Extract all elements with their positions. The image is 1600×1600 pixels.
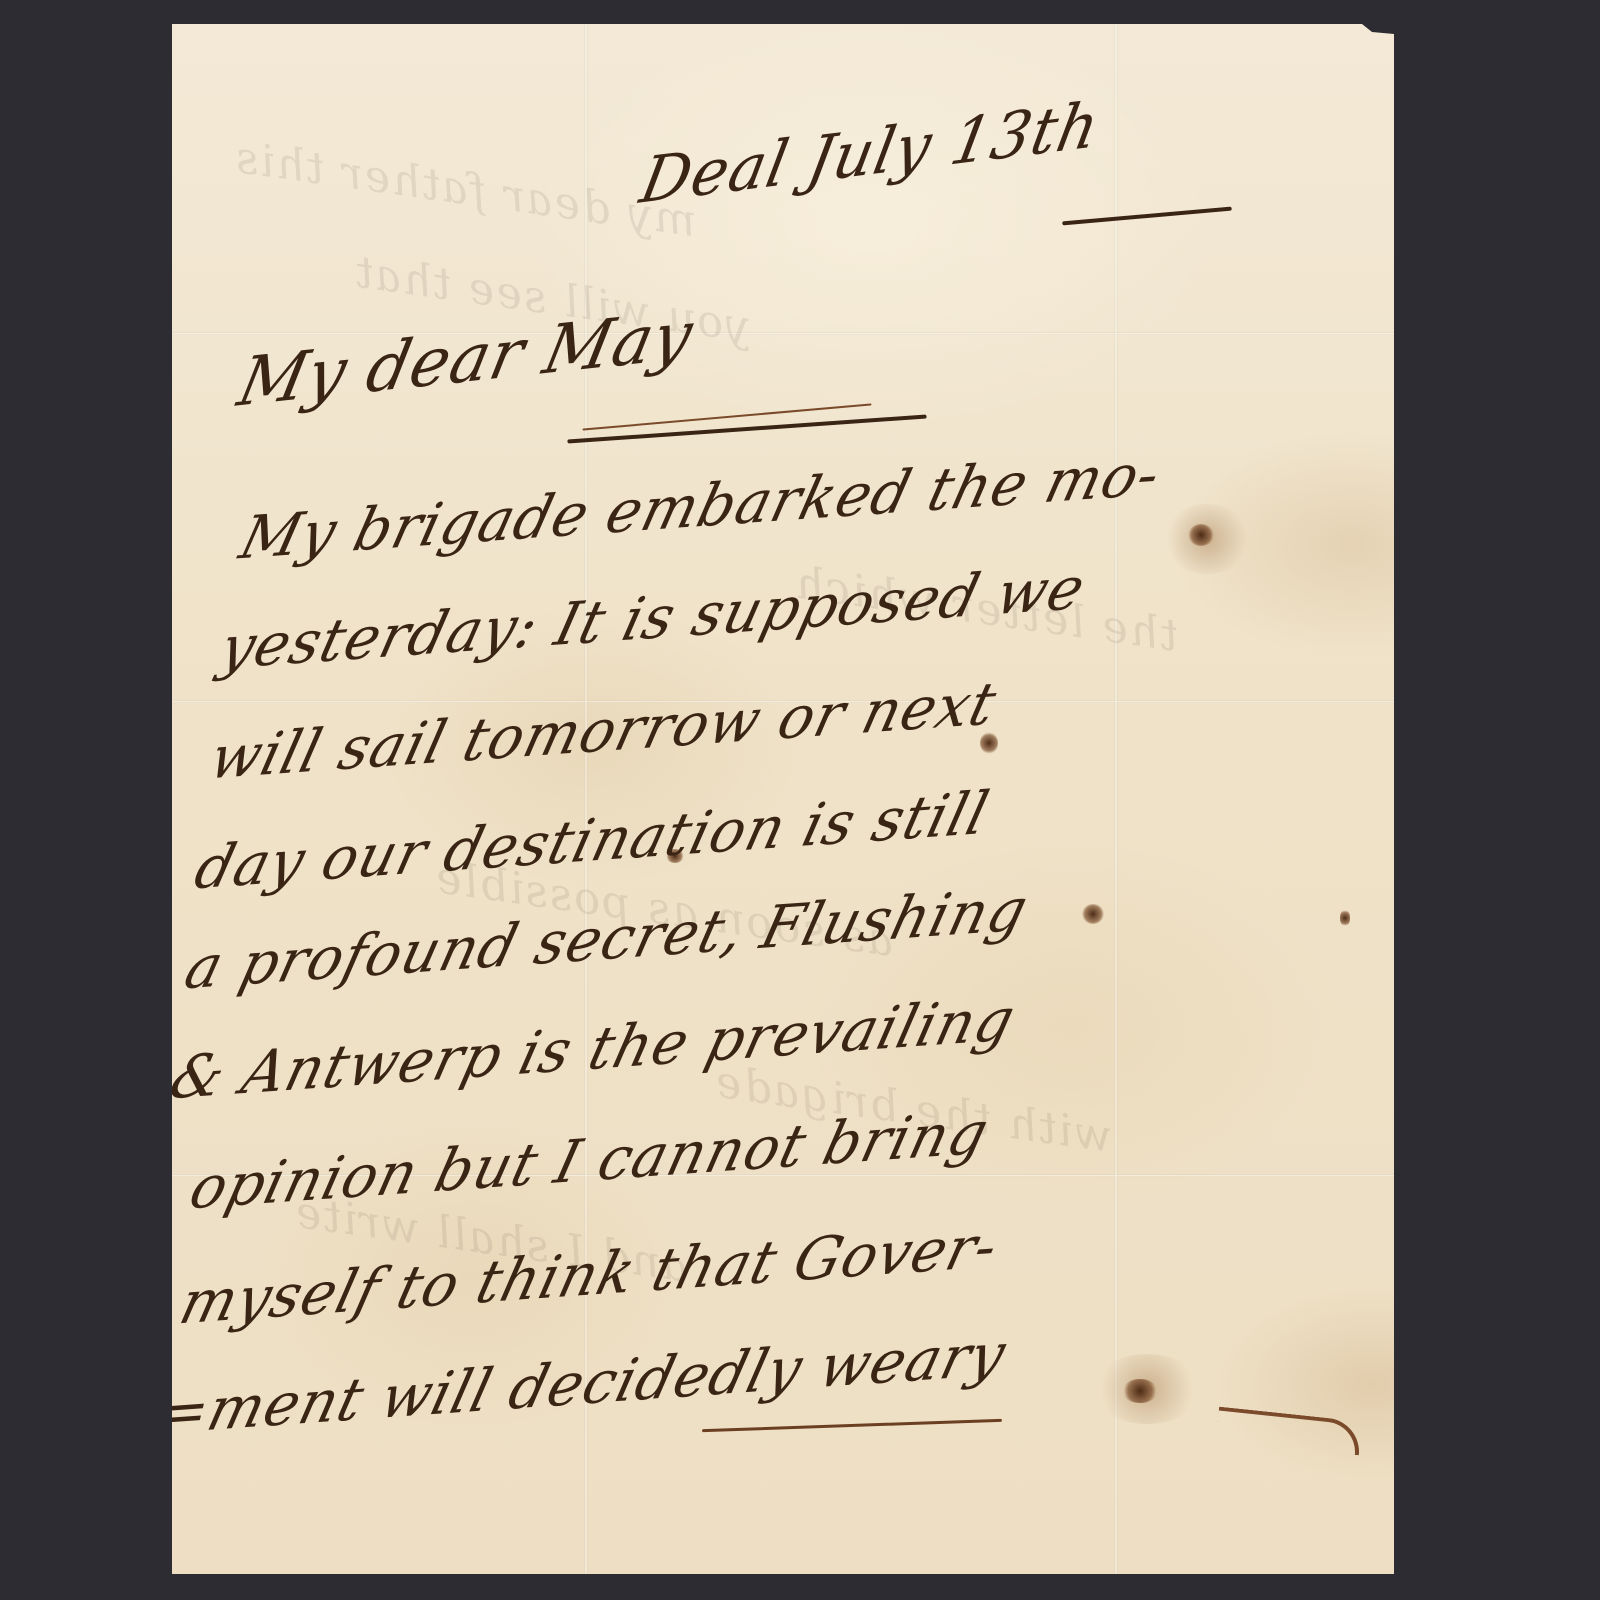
fold-line-vertical	[584, 24, 588, 1574]
letter-body-line: myself to think that Gover-	[173, 1211, 1005, 1337]
scan-background: my dear father this you will see that th…	[0, 0, 1600, 1600]
letter-page: my dear father this you will see that th…	[172, 24, 1394, 1574]
bleed-through-text: my dear father this	[231, 132, 700, 247]
word-underline	[702, 1419, 1002, 1432]
greeting-underline	[582, 403, 871, 430]
letter-body-line: opinion but I cannot bring	[183, 1098, 995, 1223]
letter-body-line: =ment will decidedly weary	[151, 1319, 1013, 1447]
letter-body-line: day our destination is still	[188, 778, 996, 903]
ink-blot	[1082, 904, 1104, 924]
fold-line-vertical	[1114, 24, 1118, 1574]
letter-body-line: My brigade embarked the mo-	[233, 439, 1167, 573]
ink-blot	[1340, 909, 1350, 927]
letter-greeting: My dear May	[232, 295, 701, 422]
date-underline	[1062, 207, 1232, 226]
ink-blot	[1188, 524, 1214, 546]
letter-body-line: yesterday: It is supposed we	[213, 553, 1092, 683]
greeting-underline	[567, 414, 926, 443]
letter-body-line: will sail tomorrow or next	[203, 669, 1003, 793]
pen-flourish	[1216, 1407, 1363, 1456]
letter-body-line: & Antwerp is the prevailing	[163, 984, 1022, 1112]
letter-date: Deal July 13th	[635, 87, 1106, 218]
ink-blot	[1122, 1379, 1158, 1403]
